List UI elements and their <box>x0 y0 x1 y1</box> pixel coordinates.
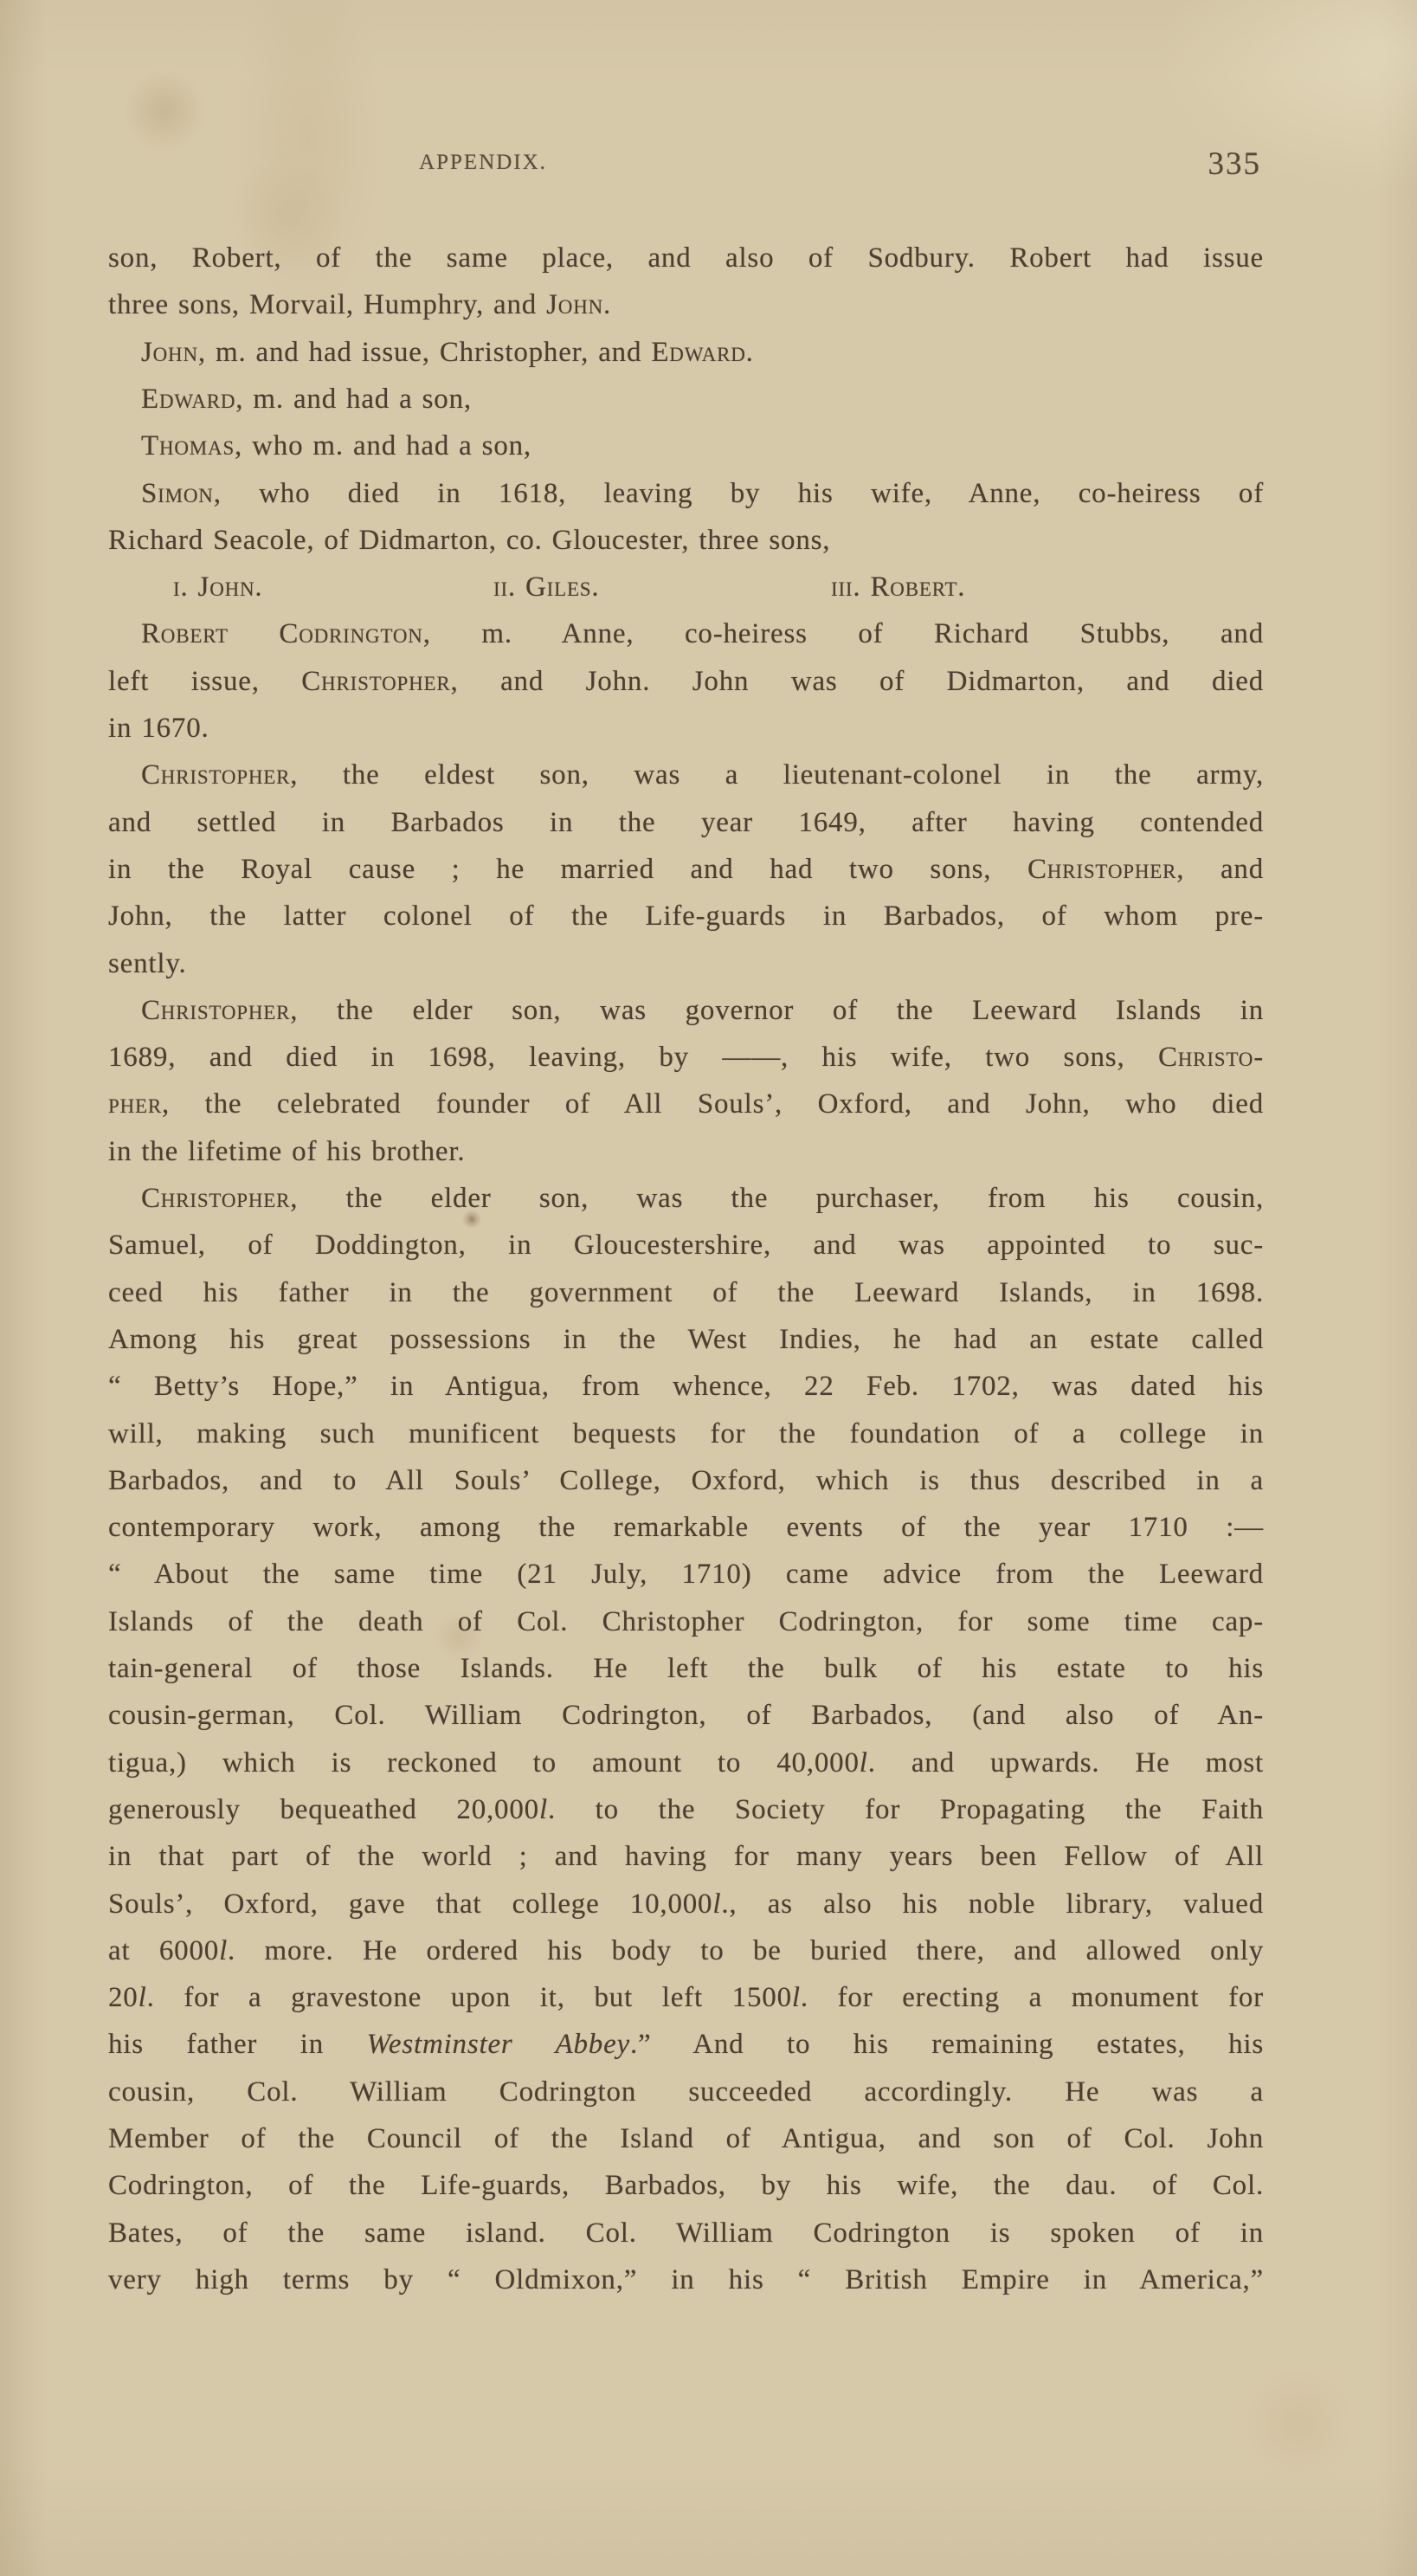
body-text: , and John. John was of Didmarton, and d… <box>451 666 1264 697</box>
body-text: son, Robert, of the same place, and also… <box>108 242 1264 274</box>
text-line: John, m. and had issue, Christopher, and… <box>141 333 1264 371</box>
text-line: cousin-german, Col. William Codrington, … <box>108 1696 1264 1734</box>
text-line: Christopher, the elder son, was governor… <box>141 991 1264 1030</box>
text-line: Bates, of the same island. Col. William … <box>108 2214 1264 2252</box>
body-text: at 6000 <box>108 1935 219 1966</box>
small-caps-name: Christopher <box>301 666 450 697</box>
text-line: Member of the Council of the Island of A… <box>108 2120 1264 2158</box>
text-line: contemporary work, among the remarkable … <box>108 1508 1264 1546</box>
body-text: , the elder son, was governor of the Lee… <box>290 995 1264 1026</box>
small-caps-name: pher <box>108 1088 162 1120</box>
body-text: contemporary work, among the remarkable … <box>108 1512 1264 1543</box>
text-line: Christopher, the eldest son, was a lieut… <box>141 756 1264 794</box>
paper-background: APPENDIX. 335 son, Robert, of the same p… <box>0 0 1417 2576</box>
body-text: cousin-german, Col. William Codrington, … <box>108 1700 1264 1731</box>
body-text: . for erecting a monument for <box>801 1982 1264 2013</box>
body-text: . and upwards. He most <box>868 1747 1264 1779</box>
body-text: . <box>746 337 754 368</box>
body-text: ceed his father in the government of the… <box>108 1277 1264 1308</box>
body-text: sently. <box>108 948 187 979</box>
body-text: Islands of the death of Col. Christopher… <box>108 1606 1264 1637</box>
small-caps-name: Thomas <box>141 430 235 462</box>
small-caps-name: Christopher <box>141 995 290 1026</box>
text-line: Barbados, and to All Souls’ College, Oxf… <box>108 1462 1264 1500</box>
body-text: 20 <box>108 1982 138 2013</box>
body-text: Among his great possessions in the West … <box>108 1324 1264 1355</box>
body-text: his father in <box>108 2029 367 2060</box>
body-text: . to the Society for Propagating the Fai… <box>548 1794 1264 1825</box>
text-line: three sons, Morvail, Humphry, and John. <box>108 286 1264 324</box>
text-line: in that part of the world ; and having f… <box>108 1837 1264 1876</box>
body-text: “ Betty’s Hope,” in Antigua, from whence… <box>108 1371 1264 1402</box>
body-text: , who died in 1618, leaving by his wife,… <box>214 478 1264 509</box>
body-text: tain-general of those Islands. He left t… <box>108 1653 1264 1684</box>
list-item: i. John. <box>173 568 262 606</box>
text-line: Edward, m. and had a son, <box>141 380 1264 418</box>
text-line: ceed his father in the government of the… <box>108 1274 1264 1312</box>
body-text: tigua,) which is reckoned to amount to 4… <box>108 1747 860 1779</box>
small-caps-name: Christo- <box>1158 1042 1264 1073</box>
body-text: , and <box>1176 854 1264 885</box>
small-caps-name: Robert Codrington <box>141 618 423 649</box>
small-caps-name: Christopher <box>1027 854 1176 885</box>
text-line: generously bequeathed 20,000l. to the So… <box>108 1791 1264 1829</box>
text-line: son, Robert, of the same place, and also… <box>108 239 1264 277</box>
scanned-book-page: { "page": { "header": { "title": "APPEND… <box>0 0 1417 2576</box>
italic-text: l <box>138 1982 147 2013</box>
text-line: “ Betty’s Hope,” in Antigua, from whence… <box>108 1367 1264 1405</box>
text-line: Among his great possessions in the West … <box>108 1320 1264 1359</box>
text-line: pher, the celebrated founder of All Soul… <box>108 1085 1264 1123</box>
small-caps-name: Edward <box>651 337 745 368</box>
text-line: Souls’, Oxford, gave that college 10,000… <box>108 1885 1264 1923</box>
text-line: in the Royal cause ; he married and had … <box>108 850 1264 888</box>
body-text: , the elder son, was the purchaser, from… <box>290 1183 1264 1214</box>
text-line: tain-general of those Islands. He left t… <box>108 1650 1264 1688</box>
small-caps-name: Simon <box>141 478 214 509</box>
italic-text: Westminster Abbey <box>367 2029 630 2060</box>
body-text: and settled in Barbados in the year 1649… <box>108 807 1264 838</box>
body-text: , the celebrated founder of All Souls’, … <box>162 1088 1264 1120</box>
children-list-line: i. John.ii. Giles.iii. Robert. <box>108 568 1264 606</box>
text-line: cousin, Col. William Codrington succeede… <box>108 2073 1264 2111</box>
body-text: , m. Anne, co-heiress of Richard Stubbs,… <box>423 618 1264 649</box>
text-line: “ About the same time (21 July, 1710) ca… <box>108 1555 1264 1593</box>
italic-text: l <box>860 1747 868 1779</box>
text-line: 20l. for a gravestone upon it, but left … <box>108 1979 1264 2017</box>
text-line: John, the latter colonel of the Life-gua… <box>108 897 1264 935</box>
body-text: Codrington, of the Life-guards, Barbados… <box>108 2170 1264 2201</box>
body-text: will, making such munificent bequests fo… <box>108 1418 1264 1449</box>
italic-text: l <box>539 1794 548 1825</box>
body-text: Richard Seacole, of Didmarton, co. Glouc… <box>108 525 830 556</box>
body-text: , m. and had a son, <box>235 384 472 415</box>
body-text: cousin, Col. William Codrington succeede… <box>108 2076 1264 2108</box>
text-line: tigua,) which is reckoned to amount to 4… <box>108 1744 1264 1782</box>
small-caps-name: Edward <box>141 384 235 415</box>
italic-text: l <box>792 1982 801 2013</box>
text-line: will, making such munificent bequests fo… <box>108 1415 1264 1453</box>
body-text: three sons, Morvail, Humphry, and <box>108 289 546 320</box>
text-line: very high terms by “ Oldmixon,” in his “… <box>108 2261 1264 2299</box>
body-text: left issue, <box>108 666 301 697</box>
body-text: in the lifetime of his brother. <box>108 1136 465 1167</box>
body-text: .” And to his remaining estates, his <box>630 2029 1264 2060</box>
body-text: in the Royal cause ; he married and had … <box>108 854 1027 885</box>
body-text: 1689, and died in 1698, leaving, by ——, … <box>108 1042 1158 1073</box>
small-caps-name: Christopher <box>141 1183 290 1214</box>
text-line: 1689, and died in 1698, leaving, by ——, … <box>108 1038 1264 1076</box>
small-caps-name: John <box>141 337 198 368</box>
body-text: Barbados, and to All Souls’ College, Oxf… <box>108 1465 1264 1496</box>
text-line: at 6000l. more. He ordered his body to b… <box>108 1932 1264 1970</box>
body-text: . <box>603 289 611 320</box>
italic-text: l <box>219 1935 228 1966</box>
text-line: Christopher, the elder son, was the purc… <box>141 1179 1264 1217</box>
body-text: John, the latter colonel of the Life-gua… <box>108 901 1264 932</box>
text-line: in 1670. <box>108 709 1264 747</box>
text-line: sently. <box>108 945 1264 983</box>
body-text: Souls’, Oxford, gave that college 10,000 <box>108 1888 712 1920</box>
text-line: Thomas, who m. and had a son, <box>141 427 1264 465</box>
text-line: in the lifetime of his brother. <box>108 1133 1264 1171</box>
body-text: very high terms by “ Oldmixon,” in his “… <box>108 2264 1264 2295</box>
text-line: and settled in Barbados in the year 1649… <box>108 804 1264 842</box>
body-text: “ About the same time (21 July, 1710) ca… <box>108 1559 1264 1590</box>
body-text: . for a gravestone upon it, but left 150… <box>147 1982 792 2013</box>
body-text: , the eldest son, was a lieutenant-colon… <box>290 759 1264 791</box>
body-text: , who m. and had a son, <box>235 430 531 462</box>
page-text: son, Robert, of the same place, and also… <box>0 0 1417 2576</box>
body-text: in 1670. <box>108 713 209 744</box>
body-text: in that part of the world ; and having f… <box>108 1841 1264 1872</box>
body-text: Member of the Council of the Island of A… <box>108 2123 1264 2154</box>
body-text: Bates, of the same island. Col. William … <box>108 2218 1264 2249</box>
text-line: Islands of the death of Col. Christopher… <box>108 1603 1264 1641</box>
text-line: Codrington, of the Life-guards, Barbados… <box>108 2166 1264 2205</box>
text-line: his father in Westminster Abbey.” And to… <box>108 2025 1264 2063</box>
body-text: ., as also his noble library, valued <box>721 1888 1264 1920</box>
text-line: Richard Seacole, of Didmarton, co. Glouc… <box>108 521 1264 559</box>
body-text: . more. He ordered his body to be buried… <box>228 1935 1264 1966</box>
text-line: Samuel, of Doddington, in Gloucestershir… <box>108 1226 1264 1264</box>
list-item: iii. Robert. <box>831 568 965 606</box>
small-caps-name: John <box>546 289 603 320</box>
list-item: ii. Giles. <box>493 568 599 606</box>
body-text: generously bequeathed 20,000 <box>108 1794 539 1825</box>
body-text: , m. and had issue, Christopher, and <box>198 337 651 368</box>
text-line: Simon, who died in 1618, leaving by his … <box>141 475 1264 513</box>
text-line: Robert Codrington, m. Anne, co-heiress o… <box>141 615 1264 653</box>
body-text: Samuel, of Doddington, in Gloucestershir… <box>108 1230 1264 1261</box>
italic-text: l <box>712 1888 721 1920</box>
text-line: left issue, Christopher, and John. John … <box>108 662 1264 700</box>
small-caps-name: Christopher <box>141 759 290 791</box>
